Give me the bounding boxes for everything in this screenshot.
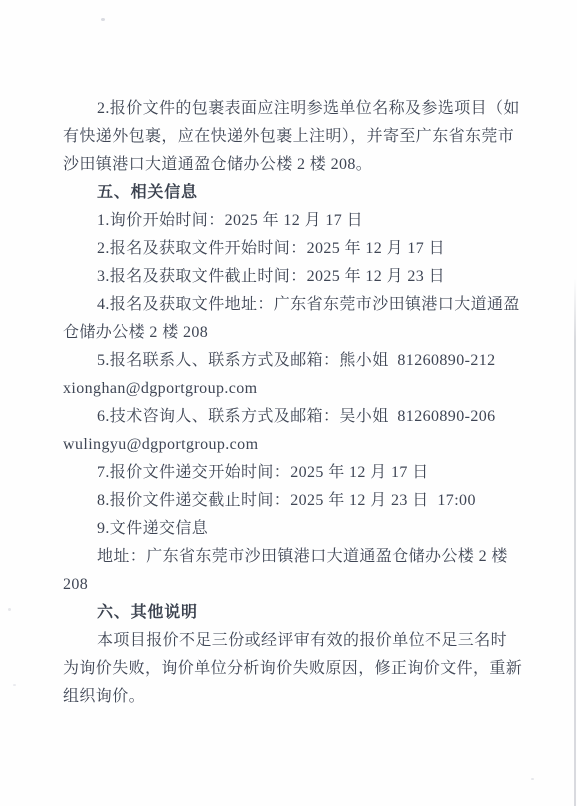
text-line: 本项目报价不足三份或经评审有效的报价单位不足三名时 [63,627,521,655]
text-line: 为询价失败，询价单位分析询价失败原因，修正询价文件，重新 [63,655,521,683]
text-line: wulingyu@dgportgroup.com [63,431,521,459]
text-line: 1.询价开始时间：2025 年 12 月 17 日 [63,207,521,235]
document-page: 2.报价文件的包裹表面应注明参选单位名称及参选项目（如有快递外包裹，应在快递外包… [0,0,577,806]
text-line: 2.报名及获取文件开始时间：2025 年 12 月 17 日 [63,235,521,263]
scan-speck [531,778,534,780]
text-line: 9.文件递交信息 [63,515,521,543]
text-line: 3.报名及获取文件截止时间：2025 年 12 月 23 日 [63,263,521,291]
document-body: 2.报价文件的包裹表面应注明参选单位名称及参选项目（如有快递外包裹，应在快递外包… [63,95,521,711]
text-line: xionghan@dgportgroup.com [63,375,521,403]
section-heading: 五、相关信息 [63,179,521,207]
text-line: 6.技术咨询人、联系方式及邮箱：吴小姐 81260890-206 [63,403,521,431]
scan-speck [13,684,16,686]
scan-speck [101,18,105,21]
text-line: 2.报价文件的包裹表面应注明参选单位名称及参选项目（如 [63,95,521,123]
text-line: 4.报名及获取文件地址：广东省东莞市沙田镇港口大道通盈 [63,291,521,319]
text-line: 有快递外包裹，应在快递外包裹上注明），并寄至广东省东莞市 [63,123,521,151]
text-line: 组织询价。 [63,683,521,711]
section-heading: 六、其他说明 [63,599,521,627]
text-line: 5.报名联系人、联系方式及邮箱：熊小姐 81260890-212 [63,347,521,375]
text-line: 208 [63,571,521,599]
text-line: 地址：广东省东莞市沙田镇港口大道通盈仓储办公楼 2 楼 [63,543,521,571]
text-line: 仓储办公楼 2 楼 208 [63,319,521,347]
scan-speck [8,608,11,611]
scan-edge-artifact [574,278,576,806]
text-line: 8.报价文件递交截止时间：2025 年 12 月 23 日 17:00 [63,487,521,515]
text-line: 沙田镇港口大道通盈仓储办公楼 2 楼 208。 [63,151,521,179]
text-line: 7.报价文件递交开始时间：2025 年 12 月 17 日 [63,459,521,487]
